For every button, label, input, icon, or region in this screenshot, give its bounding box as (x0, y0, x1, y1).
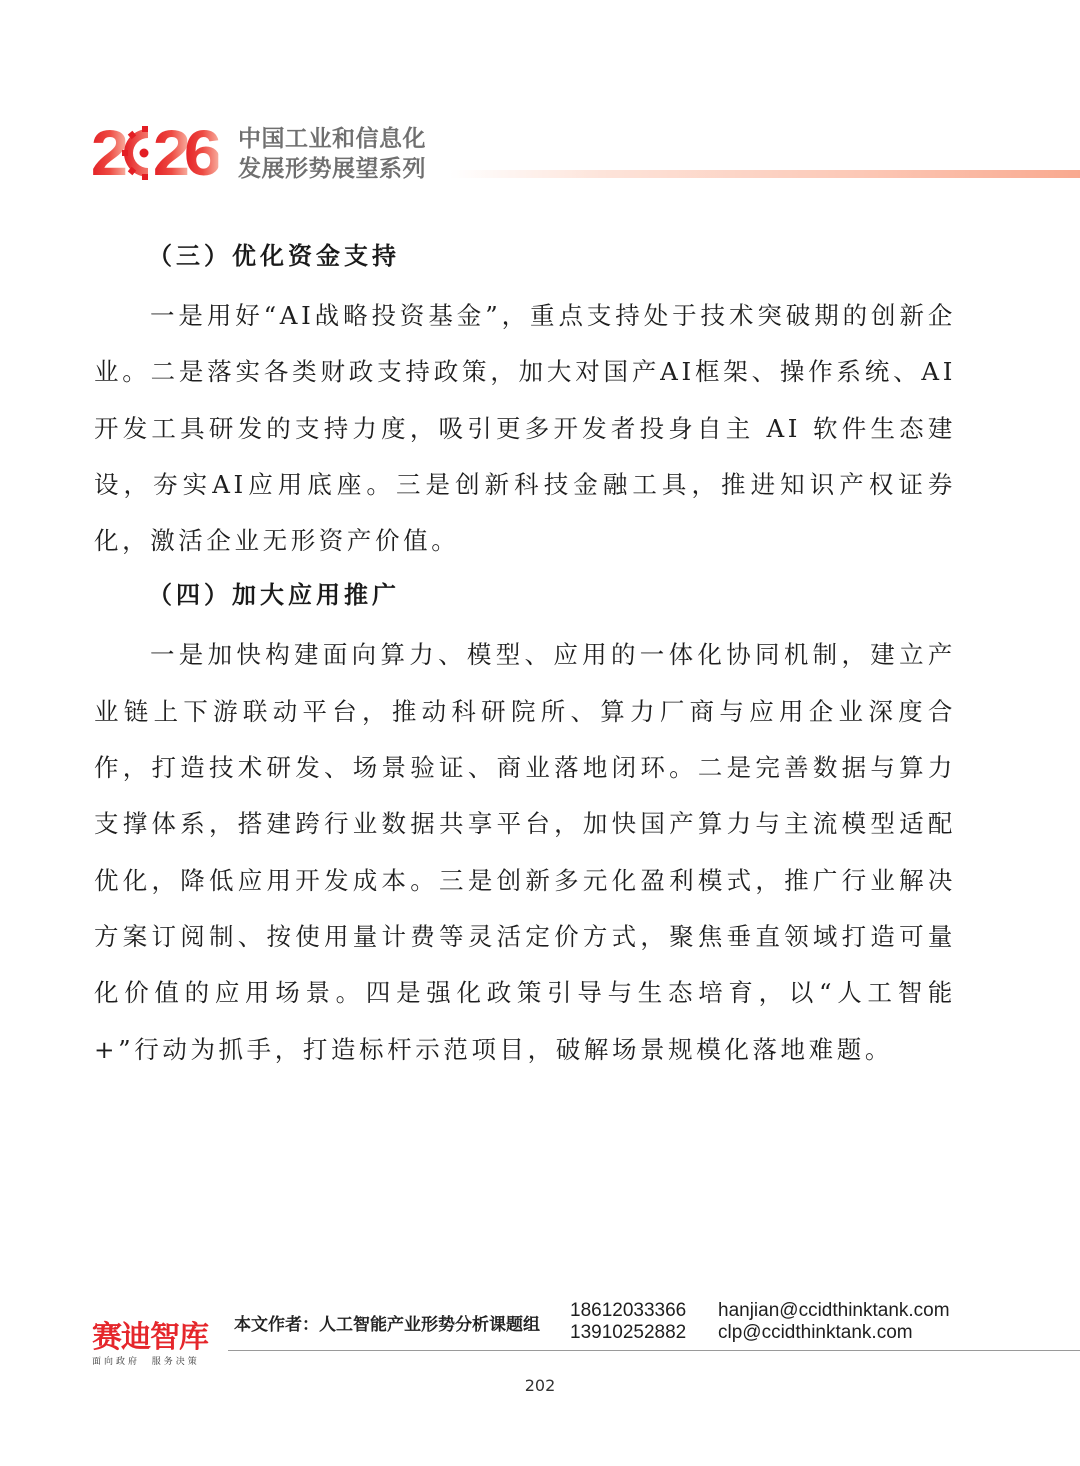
logo-digit: 6 (184, 122, 218, 184)
document-body: （三）优化资金支持 一是用好“AI战略投资基金”，重点支持处于技术突破期的创新企… (94, 232, 956, 1078)
logo-digit: 2 (152, 122, 186, 184)
contact-phone: 13910252882 (570, 1322, 718, 1344)
brand-slogan: 面向政府 服务决策 (92, 1356, 208, 1368)
logo-digit: 2 (91, 122, 125, 184)
brand-logo: 赛迪智库 面向政府 服务决策 (92, 1322, 208, 1368)
section-paragraph-application: 一是加快构建面向算力、模型、应用的一体化协同机制，建立产业链上下游联动平台，推动… (94, 627, 956, 1077)
section-heading-application: （四）加大应用推广 (94, 571, 956, 619)
footer-divider (228, 1350, 1080, 1351)
brand-name: 赛迪智库 (92, 1322, 208, 1354)
contact-email[interactable]: hanjian@ccidthinktank.com (718, 1300, 950, 1322)
page-header: 2 2 6 中国工业和信息化 发 (0, 0, 1080, 200)
contact-row: 18612033366 hanjian@ccidthinktank.com (570, 1300, 950, 1322)
page-footer: 赛迪智库 面向政府 服务决策 本文作者：人工智能产业形势分析课题组 186120… (0, 1290, 1080, 1410)
author-label: 本文作者：人工智能产业形势分析课题组 (234, 1314, 540, 1336)
contact-phone: 18612033366 (570, 1300, 718, 1322)
contact-row: 13910252882 clp@ccidthinktank.com (570, 1322, 950, 1344)
section-heading-funding: （三）优化资金支持 (94, 232, 956, 280)
series-title-line1: 中国工业和信息化 (238, 124, 426, 154)
gear-icon (122, 126, 152, 180)
logo-2026: 2 2 6 (92, 122, 217, 184)
section-paragraph-funding: 一是用好“AI战略投资基金”，重点支持处于技术突破期的创新企业。二是落实各类财政… (94, 288, 956, 569)
series-title: 中国工业和信息化 发展形势展望系列 (238, 124, 426, 184)
contact-list: 18612033366 hanjian@ccidthinktank.com 13… (570, 1300, 950, 1344)
page-number: 202 (0, 1376, 1080, 1396)
series-title-line2: 发展形势展望系列 (238, 154, 426, 184)
header-divider (450, 170, 1080, 178)
contact-email[interactable]: clp@ccidthinktank.com (718, 1322, 913, 1344)
